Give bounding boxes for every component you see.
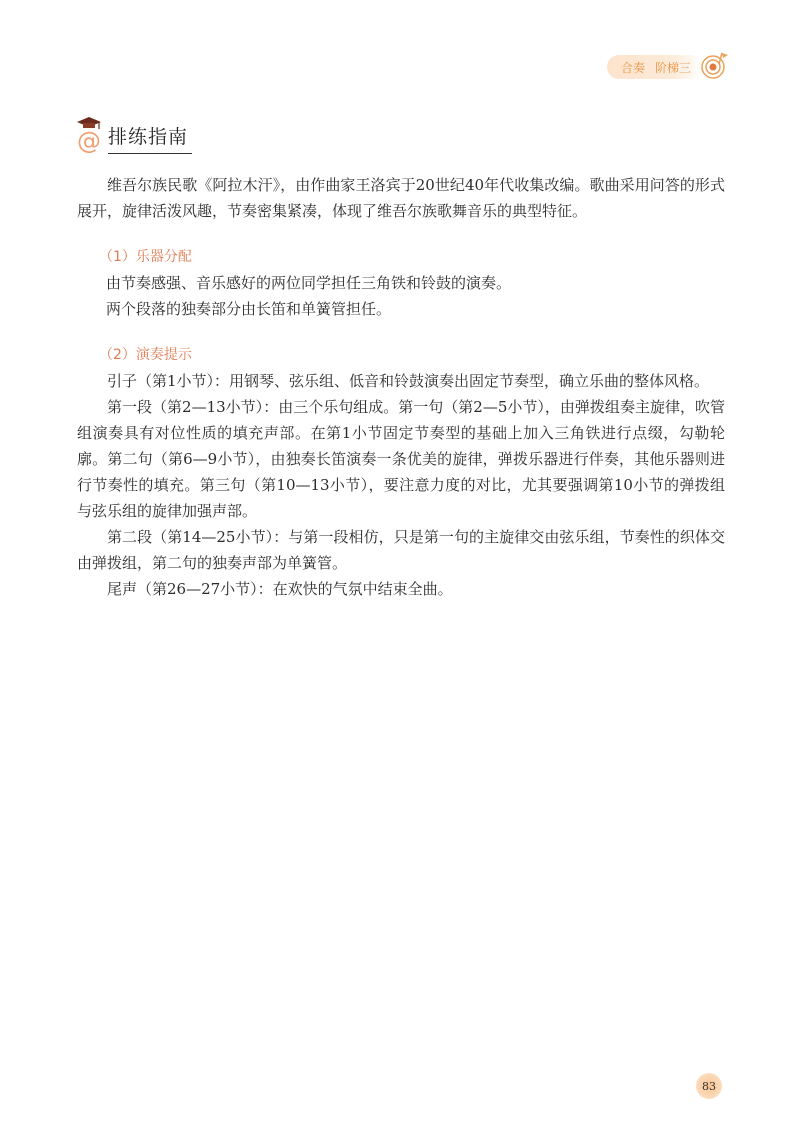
- instruments-line-2: 两个段落的独奏部分由长笛和单簧管担任。: [106, 296, 725, 322]
- svg-text:@: @: [77, 127, 101, 154]
- performance-paragraph-coda: 尾声（第26—27小节）：在欢快的气氛中结束全曲。: [77, 576, 725, 602]
- chapter-badge: 合奏 阶梯三: [607, 55, 702, 79]
- performance-paragraph-intro: 引子（第1小节）：用钢琴、弦乐组、低音和铃鼓演奏出固定节奏型，确立乐曲的整体风格…: [77, 368, 725, 394]
- chapter-label: 合奏: [621, 59, 645, 76]
- graduation-cap-at-icon: @: [74, 114, 104, 154]
- intro-paragraph: 维吾尔族民歌《阿拉木汗》，由作曲家王洛宾于20世纪40年代收集改编。歌曲采用问答…: [77, 172, 725, 224]
- subsection-heading-performance: （2）演奏提示: [99, 342, 725, 368]
- subsection-heading-instruments: （1）乐器分配: [99, 244, 725, 270]
- performance-paragraph-section-1: 第一段（第2—13小节）：由三个乐句组成。第一句（第2—5小节），由弹拨组奏主旋…: [77, 394, 725, 524]
- section-content: 维吾尔族民歌《阿拉木汗》，由作曲家王洛宾于20世纪40年代收集改编。歌曲采用问答…: [77, 172, 725, 602]
- section-title-text: 排练指南: [108, 125, 192, 154]
- step-label: 阶梯三: [655, 59, 691, 76]
- performance-paragraph-section-2: 第二段（第14—25小节）：与第一段相仿，只是第一句的主旋律交由弦乐组，节奏性的…: [77, 524, 725, 576]
- instruments-line-1: 由节奏感强、音乐感好的两位同学担任三角铁和铃鼓的演奏。: [106, 270, 725, 296]
- target-music-note-icon: [700, 50, 730, 80]
- page-number: 83: [696, 1073, 722, 1099]
- section-title: @ 排练指南: [74, 114, 192, 154]
